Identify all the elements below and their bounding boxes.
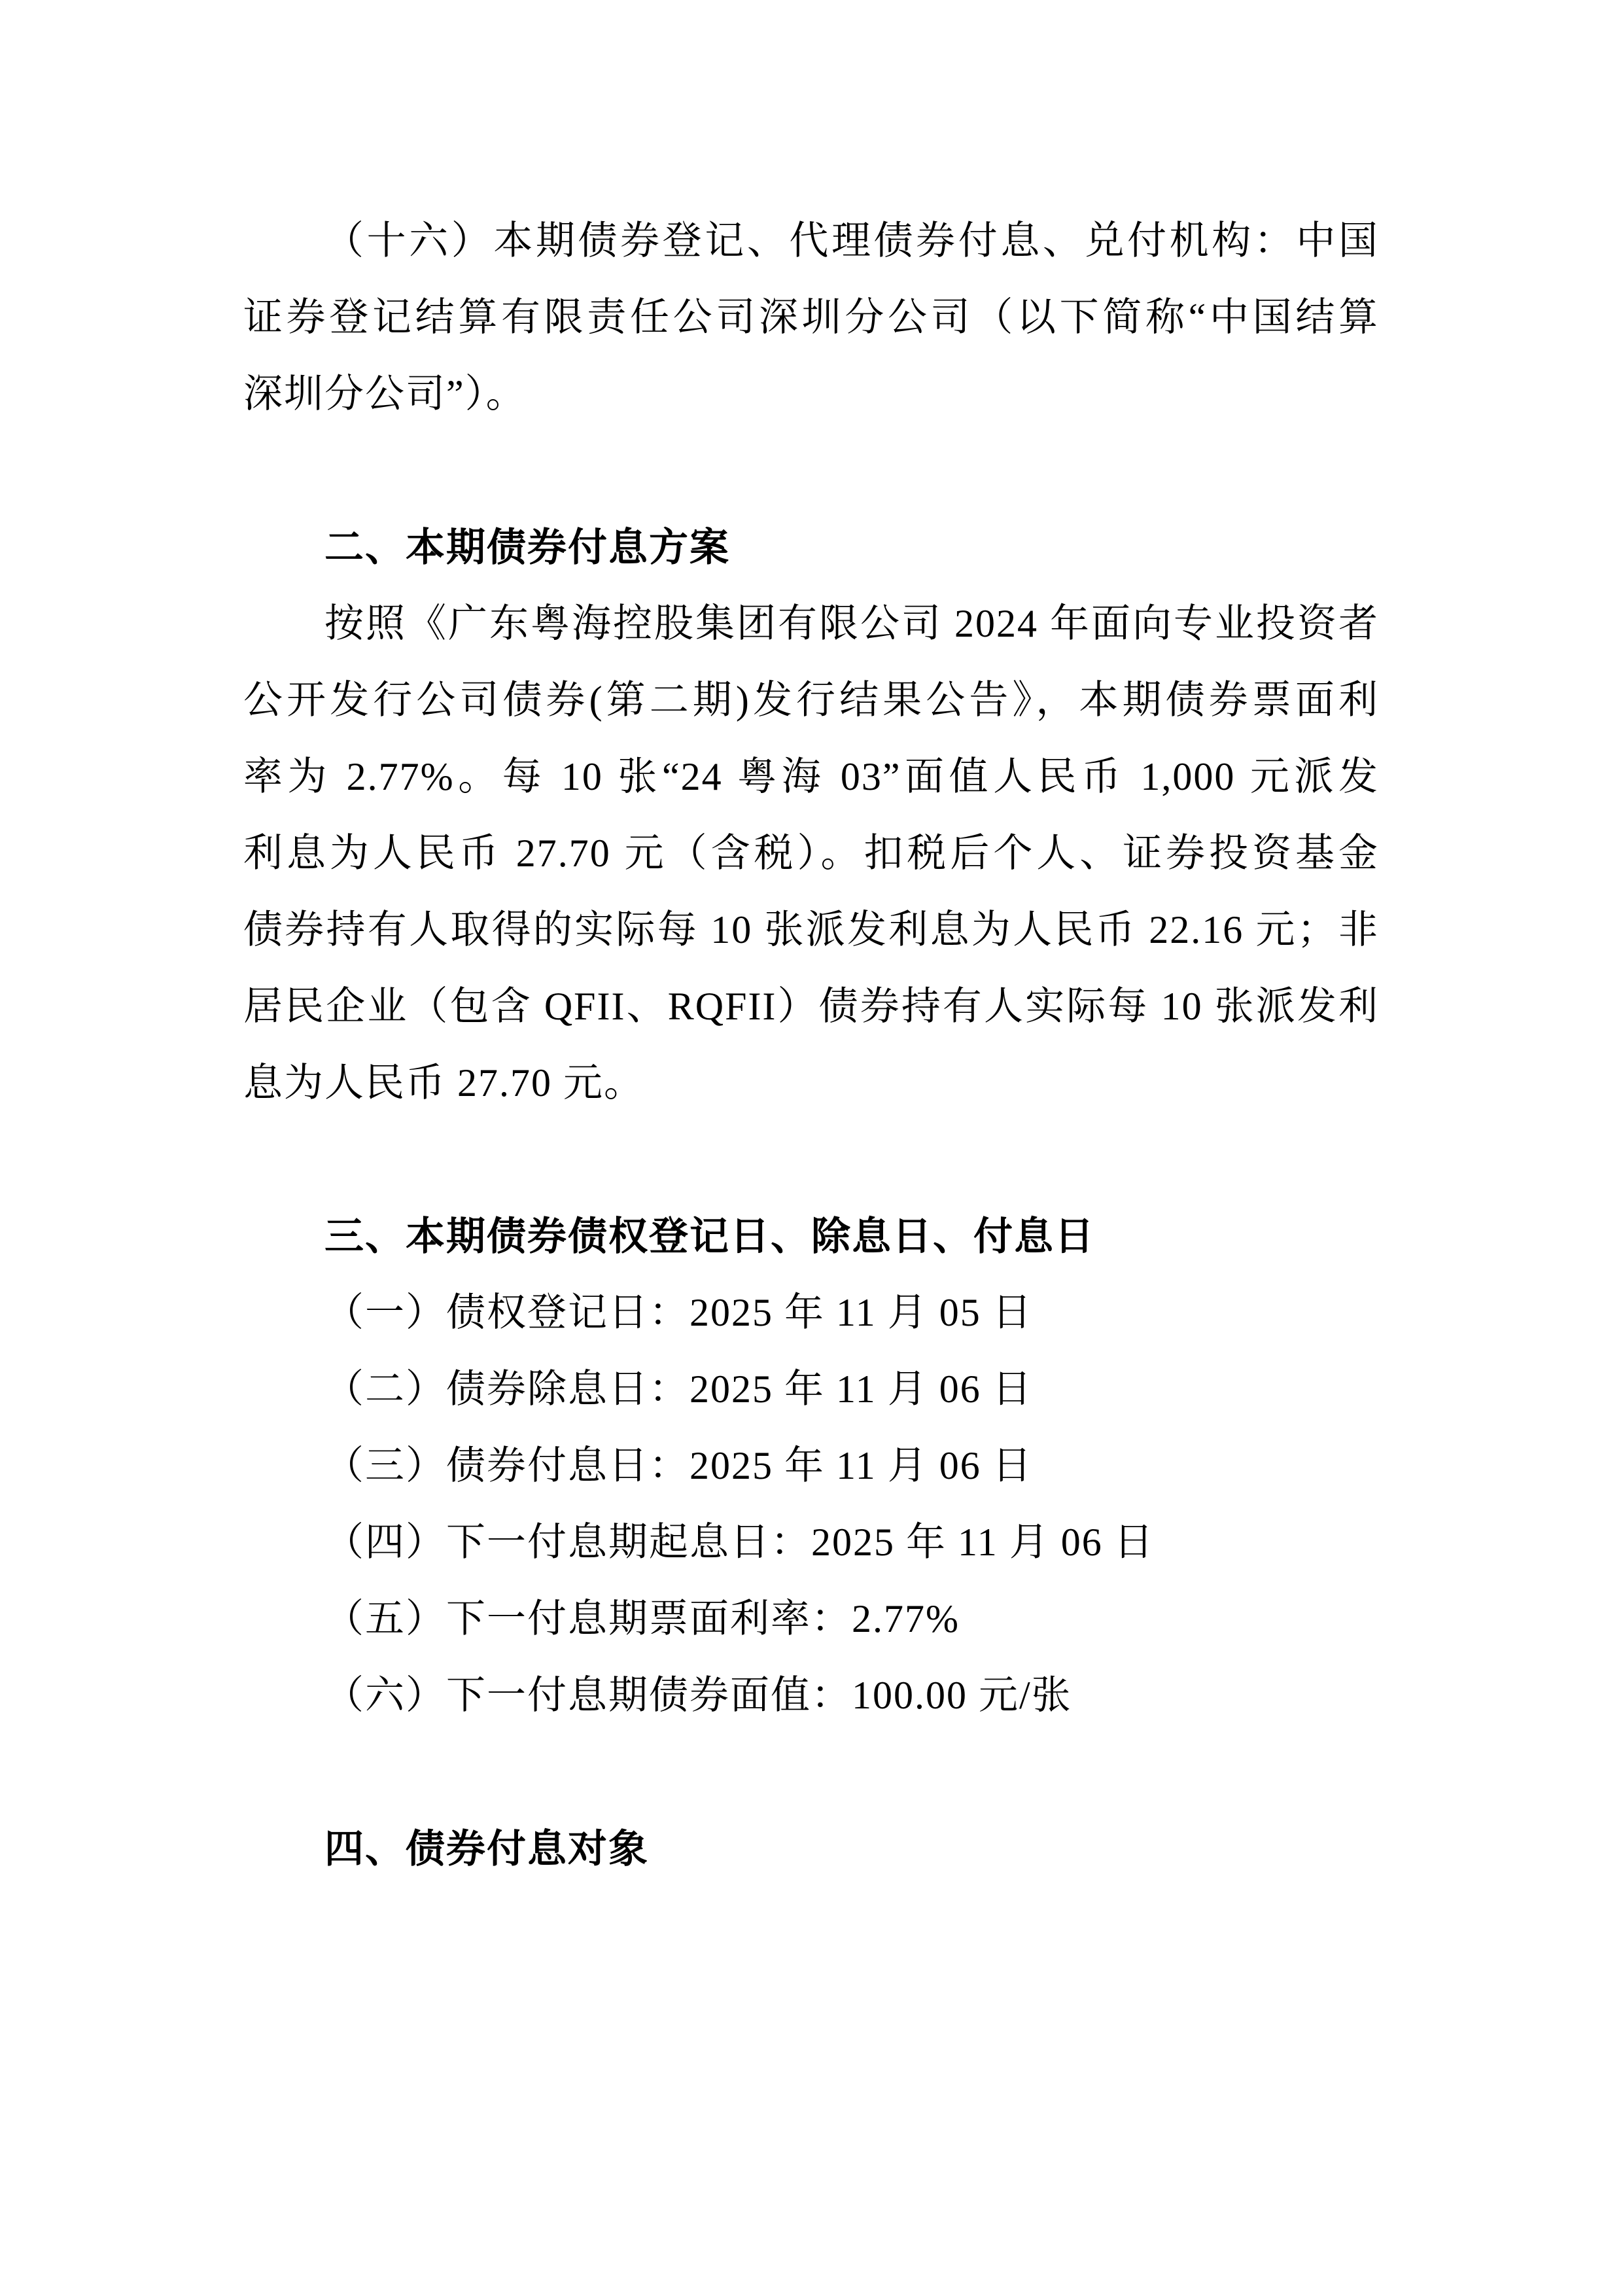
text-line: 率为 2.77%。每 10 张“24 粤海 03”面值人民币 1,000 元派发 — [243, 739, 1379, 815]
text-line: （五）下一付息期票面利率：2.77% — [243, 1581, 1379, 1657]
text-line: （一）债权登记日：2025 年 11 月 05 日 — [243, 1275, 1379, 1351]
document-page: （十六）本期债券登记、代理债券付息、兑付机构：中国证券登记结算有限责任公司深圳分… — [0, 0, 1623, 2296]
list-item: （一）债权登记日：2025 年 11 月 05 日 — [243, 1275, 1379, 1351]
text-line: 利息为人民币 27.70 元（含税）。扣税后个人、证券投资基金 — [243, 815, 1379, 892]
list-item: （六）下一付息期债券面值：100.00 元/张 — [243, 1657, 1379, 1734]
text-line: （十六）本期债券登记、代理债券付息、兑付机构：中国 — [243, 203, 1379, 279]
heading-text: 四、债券付息对象 — [243, 1810, 1379, 1887]
text-line: 按照《广东粤海控股集团有限公司 2024 年面向专业投资者 — [243, 586, 1379, 662]
blank-line — [243, 1734, 1379, 1810]
list-item: （三）债券付息日：2025 年 11 月 06 日 — [243, 1428, 1379, 1504]
heading-text: 二、本期债券付息方案 — [243, 509, 1379, 586]
list-item: （四）下一付息期起息日：2025 年 11 月 06 日 — [243, 1504, 1379, 1581]
text-line: 公开发行公司债券(第二期)发行结果公告》，本期债券票面利 — [243, 662, 1379, 739]
text-line: 息为人民币 27.70 元。 — [243, 1045, 1379, 1122]
text-line: 证券登记结算有限责任公司深圳分公司（以下简称“中国结算 — [243, 279, 1379, 356]
text-line: 深圳分公司”）。 — [243, 356, 1379, 433]
text-line: （四）下一付息期起息日：2025 年 11 月 06 日 — [243, 1504, 1379, 1581]
body-paragraph: 按照《广东粤海控股集团有限公司 2024 年面向专业投资者公开发行公司债券(第二… — [243, 586, 1379, 1122]
text-line: （二）债券除息日：2025 年 11 月 06 日 — [243, 1351, 1379, 1428]
text-line: （六）下一付息期债券面值：100.00 元/张 — [243, 1657, 1379, 1734]
blank-line — [243, 433, 1379, 509]
section-heading: 三、本期债券债权登记日、除息日、付息日 — [243, 1198, 1379, 1275]
list-item: （五）下一付息期票面利率：2.77% — [243, 1581, 1379, 1657]
body-paragraph: （十六）本期债券登记、代理债券付息、兑付机构：中国证券登记结算有限责任公司深圳分… — [243, 203, 1379, 433]
blank-line — [243, 1122, 1379, 1198]
section-heading: 二、本期债券付息方案 — [243, 509, 1379, 586]
document-body: （十六）本期债券登记、代理债券付息、兑付机构：中国证券登记结算有限责任公司深圳分… — [243, 203, 1379, 1887]
section-heading: 四、债券付息对象 — [243, 1810, 1379, 1887]
heading-text: 三、本期债券债权登记日、除息日、付息日 — [243, 1198, 1379, 1275]
text-line: （三）债券付息日：2025 年 11 月 06 日 — [243, 1428, 1379, 1504]
text-line: 债券持有人取得的实际每 10 张派发利息为人民币 22.16 元；非 — [243, 892, 1379, 968]
text-line: 居民企业（包含 QFII、RQFII）债券持有人实际每 10 张派发利 — [243, 968, 1379, 1045]
list-item: （二）债券除息日：2025 年 11 月 06 日 — [243, 1351, 1379, 1428]
